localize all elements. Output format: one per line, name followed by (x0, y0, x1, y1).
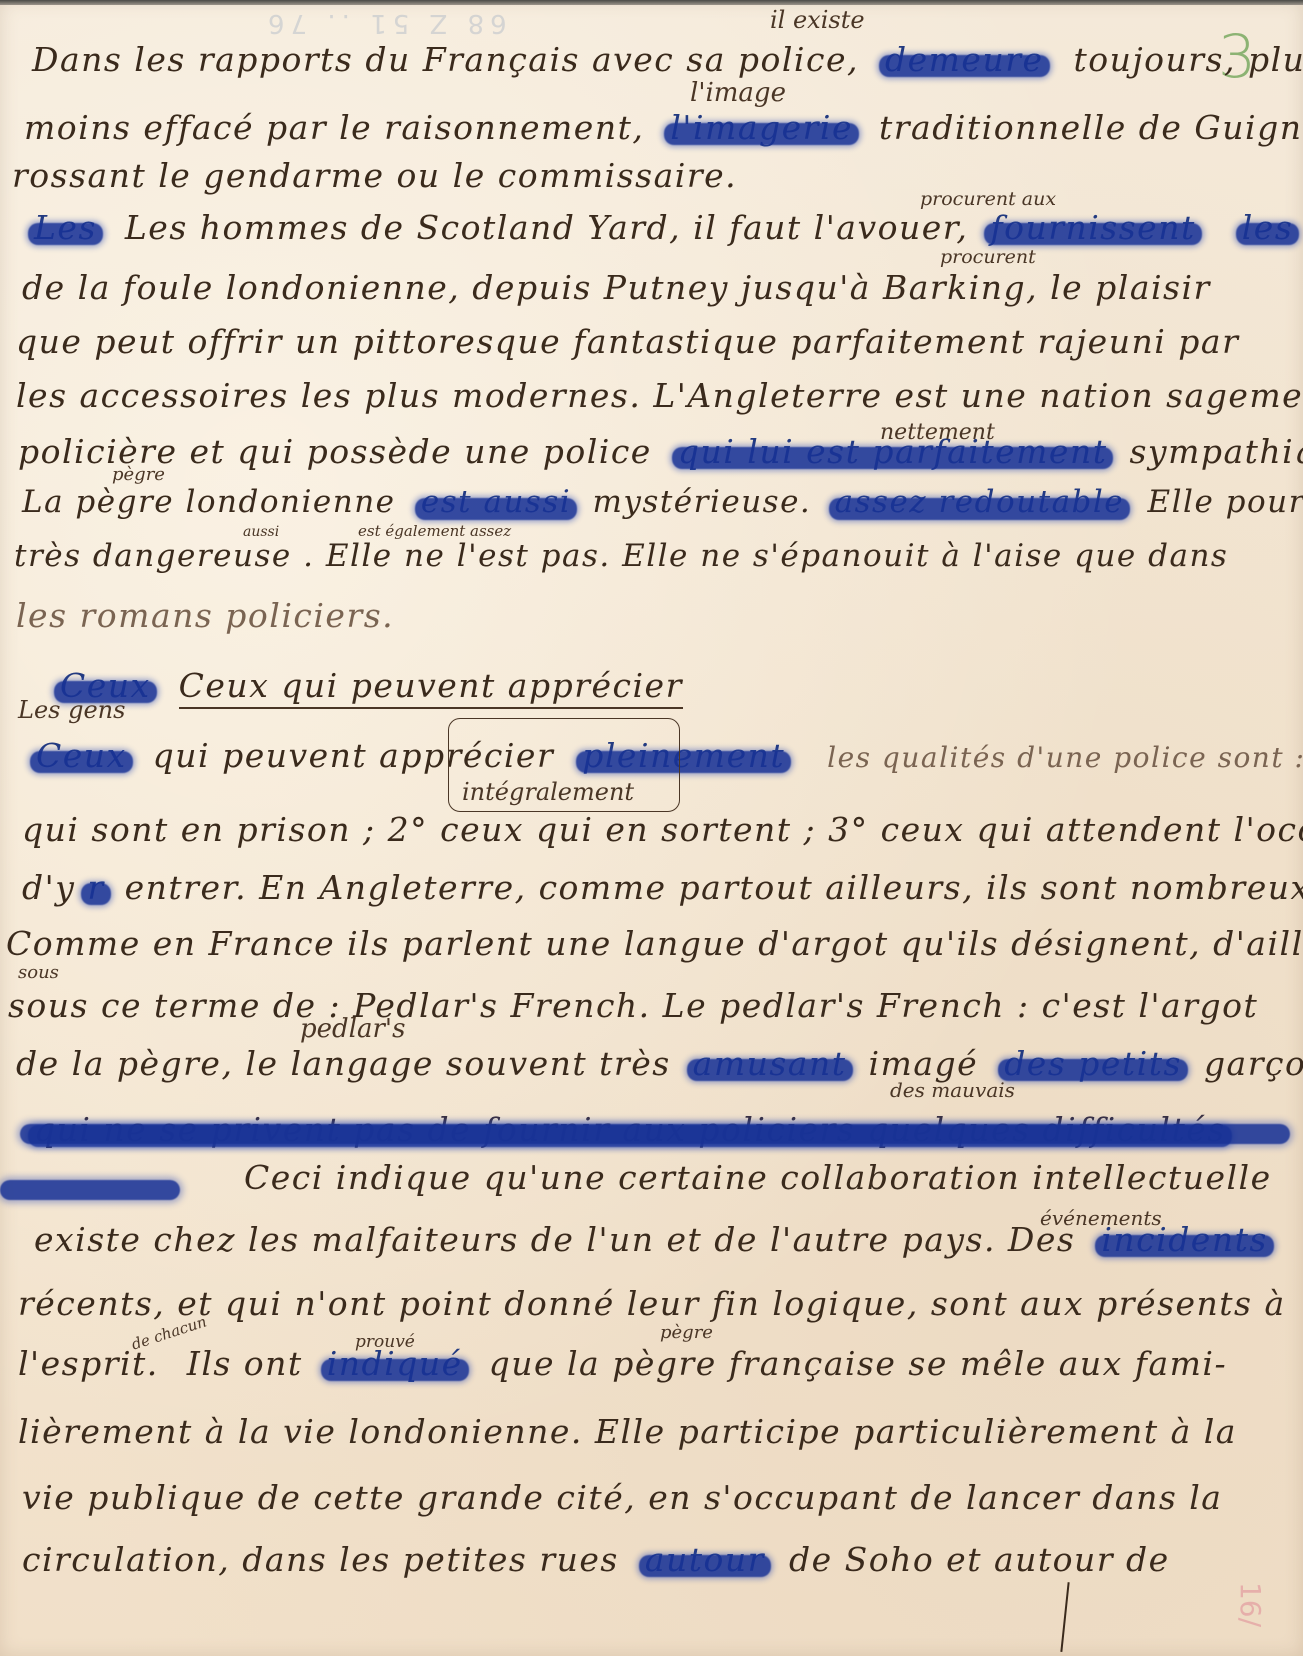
line-text: d'y (22, 868, 75, 907)
line-text: circulation, dans les petites rues (22, 1540, 619, 1579)
line-text: Les hommes de Scotland Yard, il faut l'a… (125, 208, 969, 247)
insertion-bracket (448, 718, 680, 812)
manuscript-page: 68 Z 51 .. 76 3 Dans les rapports du Fra… (0, 0, 1303, 1656)
manuscript-line-2: moins effacé par le raisonnement, l'imag… (24, 108, 1303, 147)
manuscript-line-15: d'y r entrer. En Angleterre, comme parto… (22, 868, 1303, 907)
line-text: mystérieuse. (593, 484, 812, 520)
line-text: que peut offrir un pittoresque fantastiq… (16, 322, 1239, 361)
insertion-nettement: nettement (880, 420, 995, 445)
line-text: traditionnelle de Guignol (879, 108, 1303, 147)
manuscript-line-7: les accessoires les plus modernes. L'Ang… (16, 376, 1303, 415)
manuscript-line-11: les romans policiers. (16, 596, 394, 635)
insertion-pedlars: pedlar's (300, 1014, 405, 1044)
line-text: entrer. En Angleterre, comme partout ail… (125, 868, 1303, 907)
deleted-word: amusant (693, 1044, 847, 1083)
line-text: Elle pourrait être (1148, 484, 1303, 520)
manuscript-line-17: sous ce terme de : Pedlar's French. Le p… (8, 986, 1258, 1025)
deleted-word: Ceux (36, 736, 127, 775)
line-text: les romans policiers. (16, 596, 394, 635)
deleted-word: demeure (885, 40, 1044, 79)
manuscript-line-23: l'esprit. Ils ont indiqué que la pègre f… (18, 1344, 1227, 1383)
line-text: rossant le gendarme ou le commissaire. (12, 156, 737, 195)
manuscript-line-10: très dangereuse . Elle ne l'est pas. Ell… (14, 538, 1228, 574)
insertion-procurent-aux: procurent aux (920, 188, 1056, 210)
line-text: existe chez les malfaiteurs de l'un et d… (34, 1220, 1075, 1259)
insertion-des-mauvais: des mauvais (890, 1078, 1015, 1102)
page-top-edge (0, 0, 1303, 5)
line-text: Ceci indique qu'une certaine collaborati… (244, 1158, 1272, 1197)
line-text: moins effacé par le raisonnement, (24, 108, 644, 147)
deleted-letter: r (87, 868, 104, 907)
line-text: sous ce terme de : Pedlar's French. Le p… (8, 986, 1258, 1025)
insertion-aussi: aussi (243, 524, 279, 540)
manuscript-line-12: Ceux Ceux qui peuvent apprécier (60, 666, 683, 705)
manuscript-line-4: Les Les hommes de Scotland Yard, il faut… (34, 208, 1303, 247)
manuscript-line-14: qui sont en prison ; 2° ceux qui en sort… (22, 810, 1303, 849)
manuscript-line-1: Dans les rapports du Français avec sa po… (32, 40, 1303, 79)
line-text: récents, et qui n'ont point donné leur f… (18, 1284, 1286, 1323)
blue-crayon-strike (20, 1124, 1290, 1144)
deleted-word: fournissent (990, 208, 1195, 247)
deleted-word: Les (34, 208, 97, 247)
line-text: Dans les rapports du Français avec sa po… (32, 40, 859, 79)
manuscript-line-20: Ceci indique qu'une certaine collaborati… (244, 1158, 1272, 1197)
line-text: que la pègre française se mêle aux fami- (489, 1344, 1228, 1383)
bottom-folio-mark: 16/ (1234, 1582, 1267, 1627)
line-text: de Soho et autour de (789, 1540, 1170, 1579)
insertion-pegre-2: pègre (660, 1322, 713, 1343)
manuscript-line-22: récents, et qui n'ont point donné leur f… (18, 1284, 1286, 1323)
line-text: les qualités d'une police sont : 1° ceux (827, 741, 1303, 774)
manuscript-line-8: policière et qui possède une police qui … (18, 432, 1303, 471)
manuscript-line-24: lièrement à la vie londonienne. Elle par… (18, 1412, 1237, 1451)
line-text: Ils ont (187, 1344, 303, 1383)
deleted-phrase: assez redoutable (835, 484, 1125, 520)
blue-crayon-strike (0, 1180, 180, 1200)
deleted-word: l'imagerie (670, 108, 853, 147)
line-text: les accessoires les plus modernes. L'Ang… (16, 376, 1303, 415)
line-text: de la foule londonienne, depuis Putney j… (22, 268, 1211, 307)
archive-stamp: 68 Z 51 .. 76 (262, 8, 507, 38)
insertion-les-gens: Les gens (18, 696, 125, 724)
deleted-word: les (1242, 208, 1294, 247)
manuscript-line-25: vie publique de cette grande cité, en s'… (22, 1478, 1222, 1517)
insertion-il-existe: il existe (770, 6, 865, 34)
insertion-pegre: pègre (112, 464, 165, 485)
line-text: sympathique. (1129, 432, 1303, 471)
manuscript-line-26: circulation, dans les petites rues autou… (22, 1540, 1170, 1579)
line-text: vie publique de cette grande cité, en s'… (22, 1478, 1222, 1517)
manuscript-line-16: Comme en France ils parlent une langue d… (6, 924, 1303, 963)
line-text: . Elle ne l'est pas. Elle ne s'épanouit … (303, 538, 1228, 574)
insertion-sous: sous (18, 962, 59, 983)
deleted-phrase: des petits (1004, 1044, 1182, 1083)
manuscript-line-5: de la foule londonienne, depuis Putney j… (22, 268, 1211, 307)
line-text: garçons. (1204, 1044, 1303, 1083)
manuscript-line-18: de la pègre, le langage souvent très amu… (16, 1044, 1303, 1083)
deleted-word: est aussi (421, 484, 571, 520)
line-text: très dangereuse (14, 538, 292, 574)
line-text: La pègre londonienne (22, 484, 396, 520)
margin-pen-stroke (1060, 1582, 1069, 1652)
line-text: Ceux qui peuvent apprécier (179, 666, 683, 709)
insertion-procurent: procurent (940, 246, 1036, 268)
line-text: Comme en France ils parlent une langue d… (6, 924, 1303, 963)
insertion-image: l'image (690, 78, 786, 108)
line-text: toujours, plus ou (1074, 40, 1303, 79)
line-text: lièrement à la vie londonienne. Elle par… (18, 1412, 1237, 1451)
insertion-evenements: événements (1040, 1206, 1162, 1230)
manuscript-line-3: rossant le gendarme ou le commissaire. (12, 156, 737, 195)
line-text: de la pègre, le langage souvent très (16, 1044, 671, 1083)
manuscript-line-6: que peut offrir un pittoresque fantastiq… (16, 322, 1239, 361)
insertion-prouve: prouvé (355, 1332, 415, 1352)
manuscript-line-9: La pègre londonienne est aussi mystérieu… (22, 484, 1303, 520)
deleted-word: autour (645, 1540, 765, 1579)
line-text: qui sont en prison ; 2° ceux qui en sort… (22, 810, 1303, 849)
